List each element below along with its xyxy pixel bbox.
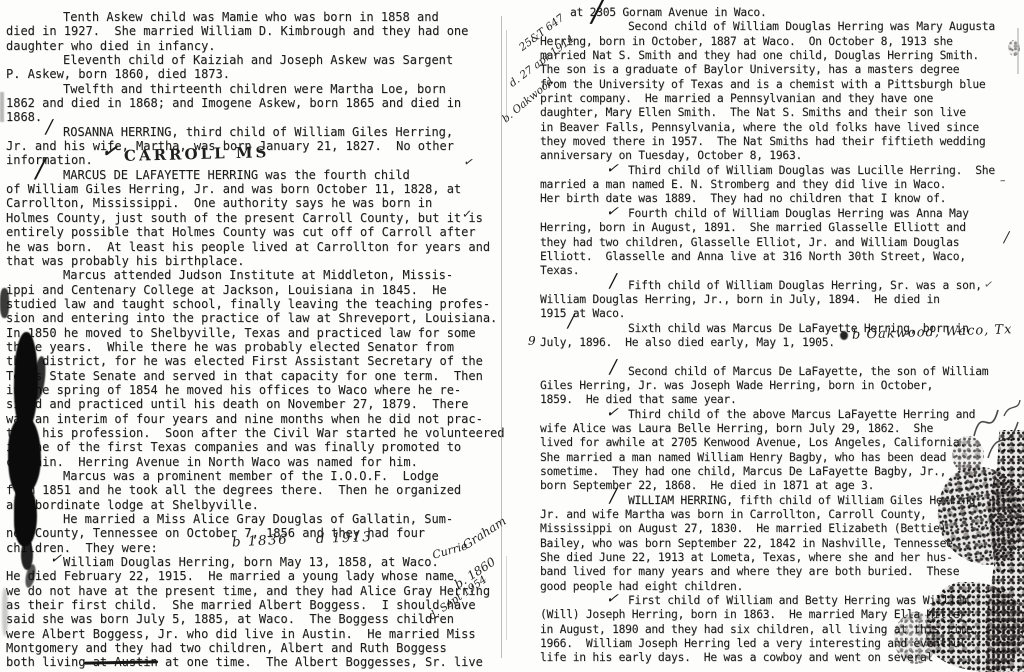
line-text: He died February 22, 1915. He married a … xyxy=(6,569,454,583)
text-line: three years. While there he was probably… xyxy=(6,340,502,354)
text-line: Marcus was a prominent member of the I.O… xyxy=(6,469,502,483)
text-line: He married a Miss Alice Gray Douglas of … xyxy=(6,512,502,526)
line-text: ippi and Centenary College at Jackson, L… xyxy=(6,283,447,297)
line-text: Second child of William Douglas Herring … xyxy=(628,20,995,33)
text-line: we do not have at the present time, and … xyxy=(6,584,502,598)
line-text: Marcus was a prominent member of the I.O… xyxy=(63,469,439,483)
line-text: Tenth Askew child was Mamie who was born… xyxy=(63,10,439,24)
pen-check-mark-icon: ✓ xyxy=(605,203,619,219)
text-line: P. Askew, born 1860, died 1873. xyxy=(6,67,502,81)
text-line: wife Alice was Laura Belle Herring, born… xyxy=(540,422,1022,436)
line-text: a subordinate lodge at Shelbyville. xyxy=(6,498,259,512)
line-text: studied law and taught school, finally l… xyxy=(6,297,490,311)
line-text: 1915 at Waco. xyxy=(540,307,625,320)
pen-check-mark-icon: ✓ xyxy=(101,140,119,163)
line-text: from the University of Texas and is a ch… xyxy=(540,78,986,91)
line-text: good people had eight children. xyxy=(540,580,743,593)
line-text: William Douglas Herring, born May 13, 18… xyxy=(63,555,439,569)
line-text: Elliott. Glasselle and Anna live at 316 … xyxy=(540,250,966,263)
text-line: ∕MARCUS DE LAFAYETTE HERRING was the fou… xyxy=(6,168,502,182)
line-text: we do not have at the present time, and … xyxy=(6,584,490,598)
stain xyxy=(926,582,1024,672)
line-text: life in his early days. He was a cowboy … xyxy=(540,651,933,664)
text-line: sion and entering into the practice of l… xyxy=(6,311,502,325)
line-text: print company. He married a Pennsylvania… xyxy=(540,92,933,105)
line-text: anniversary on Tuesday, October 8, 1963. xyxy=(540,149,802,162)
line-text: sion and entering into the practice of l… xyxy=(6,311,497,325)
line-text: Texas State Senate and served in that ca… xyxy=(6,369,483,383)
line-text: Carrollton, Mississippi. One authority s… xyxy=(6,196,432,210)
page-edge-line xyxy=(506,30,507,122)
text-line: She married a man named William Henry Ba… xyxy=(540,451,1022,465)
line-text: July, 1896. He also died early, May 1, 1… xyxy=(540,336,835,349)
text-line: He died February 22, 1915. He married a … xyxy=(6,569,502,583)
text-line: daughter, Mary Ellen Smith. The Nat S. S… xyxy=(540,106,1022,120)
text-line: captain. Herring Avenue in North Waco wa… xyxy=(6,455,502,469)
text-line: sided and practiced until his death on N… xyxy=(6,397,502,411)
line-text: tice his profession. Soon after the Civi… xyxy=(6,426,505,440)
line-text: P. Askew, born 1860, died 1873. xyxy=(6,67,230,81)
text-line: She died June 22, 1913 at Lometa, Texas,… xyxy=(540,551,1022,565)
text-line: Texas State Senate and served in that ca… xyxy=(6,369,502,383)
pen-slash-mark-icon: ∕ xyxy=(1004,228,1009,246)
line-text: Her birth date was 1889. They had no chi… xyxy=(540,192,946,205)
line-text: Marcus attended Judson Institute at Midd… xyxy=(63,268,453,282)
page-edge-line xyxy=(506,556,507,640)
line-text: as their first child. She married Albert… xyxy=(6,598,476,612)
text-line: in one of the first Texas companies and … xyxy=(6,440,502,454)
text-line: Montgomery and they had two children, Al… xyxy=(6,641,502,655)
text-line: Giles Herring, Jr. was Joseph Wade Herri… xyxy=(540,379,1022,393)
line-text: in Beaver Falls, Pennsylvania, where the… xyxy=(540,121,979,134)
line-text: entirely possible that Holmes County was… xyxy=(6,225,476,239)
ink-smudge xyxy=(2,588,8,636)
line-text: He married a Miss Alice Gray Douglas of … xyxy=(63,512,453,526)
line-text: they moved there in 1957. The Nat Smiths… xyxy=(540,135,986,148)
line-text: Herring, born in October, 1887 at Waco. … xyxy=(540,35,953,48)
line-text: band lived for many years and where they… xyxy=(540,565,959,578)
text-line: Holmes County, just south of the present… xyxy=(6,211,502,225)
text-line: at 2305 Gornam Avenue in Waco. xyxy=(540,6,1022,20)
line-text: 1859. He died that same year. xyxy=(540,393,737,406)
line-text: wife Alice was Laura Belle Herring, born… xyxy=(540,422,933,435)
ink-blot xyxy=(14,484,37,546)
line-text: William Douglas Herring, Jr., born in Ju… xyxy=(540,293,940,306)
line-text: Jr. and wife Martha was born in Carrollt… xyxy=(540,508,927,521)
line-text: was an interim of four years and nine mo… xyxy=(6,412,483,426)
line-text: WILLIAM HERRING, fifth child of William … xyxy=(628,494,982,507)
text-line: ✓William Douglas Herring, born May 13, 1… xyxy=(6,555,502,569)
line-text: ROSANNA HERRING, third child of William … xyxy=(63,125,453,139)
text-line: they had two children, Glasselle Elliot,… xyxy=(540,236,1022,250)
line-text: She died June 22, 1913 at Lometa, Texas,… xyxy=(540,551,953,564)
line-text: born September 22, 1868. He died in 1871… xyxy=(540,479,874,492)
line-text: Mississippi on August 27, 1830. He marri… xyxy=(540,522,946,535)
text-line: ∕Second child of William Douglas Herring… xyxy=(540,20,1022,34)
text-line: ✓Fourth child of William Douglas Herring… xyxy=(540,207,1022,221)
text-line: ✓Third child of William Douglas was Luci… xyxy=(540,164,1022,178)
line-text: he was born. At least his people lived a… xyxy=(6,240,490,254)
line-text: MARCUS DE LAFAYETTE HERRING was the four… xyxy=(63,168,410,182)
text-line: 1868. xyxy=(6,110,502,124)
stain xyxy=(1008,40,1020,56)
pen-slash-mark-icon: ∕ xyxy=(610,360,616,374)
line-text: daughter, Mary Ellen Smith. The Nat S. S… xyxy=(540,106,966,119)
text-line: from the University of Texas and is a ch… xyxy=(540,78,1022,92)
line-text: they had two children, Glasselle Elliot,… xyxy=(540,236,959,249)
text-line: ∕Fifth child of William Douglas Herring,… xyxy=(540,279,1022,293)
line-text: The son is a graduate of Baylor Universi… xyxy=(540,63,959,76)
pen-slash-margin-mark-icon: ∕ xyxy=(568,315,574,329)
line-text: Eleventh child of Kaiziah and Joseph Ask… xyxy=(63,53,453,67)
line-text: said she was born July 5, 1885, at Waco.… xyxy=(6,612,454,626)
pen-slash-mark-icon: ∕ xyxy=(610,489,616,503)
text-line: from 1851 and he took all the degrees th… xyxy=(6,483,502,497)
line-text: both living at Austin at one time. The A… xyxy=(6,655,483,669)
line-text: that was probably his birthplace. xyxy=(6,254,244,268)
line-text: Texas. xyxy=(540,264,579,277)
text-line: Twelfth and thirteenth children were Mar… xyxy=(6,82,502,96)
line-text: in the spring of 1854 he moved his offic… xyxy=(6,383,461,397)
stain xyxy=(894,612,938,664)
pen-check-mark-icon: ✓ xyxy=(605,404,619,420)
pen-slash-big-mark-icon: ∕ xyxy=(36,162,45,176)
line-text: from 1851 and he took all the degrees th… xyxy=(6,483,461,497)
scribble-mark-icon xyxy=(968,396,1024,468)
ink-blot xyxy=(840,331,848,340)
text-line: he was born. At least his people lived a… xyxy=(6,240,502,254)
line-text: Bailey, who was born September 22, 1842 … xyxy=(540,537,959,550)
text-line: that district, for he was elected First … xyxy=(6,354,502,368)
text-line: 1862 and died in 1868; and Imogene Askew… xyxy=(6,96,502,110)
line-text: Giles Herring, Jr. was Joseph Wade Herri… xyxy=(540,379,933,392)
scanned-document-page: Tenth Askew child was Mamie who was born… xyxy=(0,0,1024,672)
line-text: First child of William and Betty Herring… xyxy=(628,594,969,607)
text-line: in the spring of 1854 he moved his offic… xyxy=(6,383,502,397)
pen-slash-long-mark-icon: ∕ xyxy=(592,4,602,18)
text-line: a subordinate lodge at Shelbyville. xyxy=(6,498,502,512)
line-text: information. xyxy=(6,153,93,167)
text-line: tice his profession. Soon after the Civi… xyxy=(6,426,502,440)
line-text: lived for awhile at 2705 Kenwood Avenue,… xyxy=(540,436,966,449)
text-line: ∕Second child of Marcus De LaFayette, th… xyxy=(540,365,1022,379)
line-text: daughter who died in infancy. xyxy=(6,39,216,53)
text-line: both living at Austin at one time. The A… xyxy=(6,655,502,669)
text-line: they moved there in 1957. The Nat Smiths… xyxy=(540,135,1022,149)
text-line: 1915 at Waco. xyxy=(540,307,1022,321)
text-line: was an interim of four years and nine mo… xyxy=(6,412,502,426)
pen-check-mark-icon: ✓ xyxy=(605,160,619,176)
line-text: 1862 and died in 1868; and Imogene Askew… xyxy=(6,96,461,110)
text-line: ippi and Centenary College at Jackson, L… xyxy=(6,283,502,297)
text-line: The son is a graduate of Baylor Universi… xyxy=(540,63,1022,77)
text-line: that was probably his birthplace. xyxy=(6,254,502,268)
line-text: Fifth child of William Douglas Herring, … xyxy=(628,279,982,292)
line-text: Herring, born in August, 1891. She marri… xyxy=(540,221,966,234)
pen-slash-mark-icon: ∕ xyxy=(610,274,616,288)
text-line: studied law and taught school, finally l… xyxy=(6,297,502,311)
handwritten-note-d1913: d 1913 xyxy=(316,529,373,547)
line-text: that district, for he was elected First … xyxy=(6,354,483,368)
pen-check-mark-icon: ✓ xyxy=(49,551,62,566)
line-text: married a man named E. N. Stromberg and … xyxy=(540,178,946,191)
text-line: William Douglas Herring, Jr., born in Ju… xyxy=(540,293,1022,307)
line-text: Third child of the above Marcus LaFayett… xyxy=(628,408,975,421)
ink-smudge xyxy=(0,92,4,122)
line-text: of William Giles Herring, Jr. and was bo… xyxy=(6,182,461,196)
line-text: three years. While there he was probably… xyxy=(6,340,454,354)
text-line: married Nat S. Smith and they had one ch… xyxy=(540,49,1022,63)
page-edge-line xyxy=(501,16,502,658)
text-line: Eleventh child of Kaiziah and Joseph Ask… xyxy=(6,53,502,67)
line-text: married Nat S. Smith and they had one ch… xyxy=(540,49,979,62)
text-line: Tenth Askew child was Mamie who was born… xyxy=(6,10,502,24)
text-line: Herring, born in October, 1887 at Waco. … xyxy=(540,35,1022,49)
line-text: died in 1927. She married William D. Kim… xyxy=(6,24,468,38)
text-line: died in 1927. She married William D. Kim… xyxy=(6,24,502,38)
pen-nine-mark-icon: 9 xyxy=(528,334,535,348)
text-line: in Beaver Falls, Pennsylvania, where the… xyxy=(540,121,1022,135)
text-line: entirely possible that Holmes County was… xyxy=(6,225,502,239)
line-text: sometime. They had one child, Marcus De … xyxy=(540,465,946,478)
text-line: In 1850 he moved to Shelbyville, Texas a… xyxy=(6,326,502,340)
text-line: Herring, born in August, 1891. She marri… xyxy=(540,221,1022,235)
line-text: Second child of Marcus De LaFayette, the… xyxy=(628,365,988,378)
text-line: print company. He married a Pennsylvania… xyxy=(540,92,1022,106)
line-text: Fourth child of William Douglas Herring … xyxy=(628,207,969,220)
text-line: were Albert Boggess, Jr. who did live in… xyxy=(6,627,502,641)
text-line: band lived for many years and where they… xyxy=(540,565,1022,579)
ink-blot xyxy=(0,288,9,318)
handwritten-note-b1836: b 1836 xyxy=(232,532,289,551)
text-line: Marcus attended Judson Institute at Midd… xyxy=(6,268,502,282)
left-page-text-column: Tenth Askew child was Mamie who was born… xyxy=(6,10,502,670)
line-text: Twelfth and thirteenth children were Mar… xyxy=(63,82,446,96)
text-line: daughter who died in infancy. xyxy=(6,39,502,53)
text-line: Carrollton, Mississippi. One authority s… xyxy=(6,196,502,210)
line-text: Montgomery and they had two children, Al… xyxy=(6,641,447,655)
line-text: in one of the first Texas companies and … xyxy=(6,440,461,454)
pen-check-mark-icon: ✓ xyxy=(605,590,619,606)
pen-slash-mark-icon: ∕ xyxy=(46,120,52,134)
line-text: sided and practiced until his death on N… xyxy=(6,397,468,411)
text-line: ✓Third child of the above Marcus LaFayet… xyxy=(540,408,1022,422)
handwritten-note-carroll-ms: CARROLL MS xyxy=(124,143,270,165)
line-text: Holmes County, just south of the present… xyxy=(6,211,483,225)
line-text: She married a man named William Henry Ba… xyxy=(540,451,946,464)
text-line: married a man named E. N. Stromberg and … xyxy=(540,178,1022,192)
pen-dash-mark-icon: – xyxy=(1000,174,1006,187)
pen-check-mark-icon: ✓ xyxy=(462,207,473,222)
line-text: In 1850 he moved to Shelbyville, Texas a… xyxy=(6,326,476,340)
text-line: of William Giles Herring, Jr. and was bo… xyxy=(6,182,502,196)
line-text: were Albert Boggess, Jr. who did live in… xyxy=(6,627,476,641)
text-line: Elliott. Glasselle and Anna live at 316 … xyxy=(540,250,1022,264)
line-text: Third child of William Douglas was Lucil… xyxy=(628,164,995,177)
text-line: lived for awhile at 2705 Kenwood Avenue,… xyxy=(540,436,1022,450)
line-text: captain. Herring Avenue in North Waco wa… xyxy=(6,455,418,469)
text-line: ∕ROSANNA HERRING, third child of William… xyxy=(6,125,502,139)
line-text: 1868. xyxy=(6,110,42,124)
